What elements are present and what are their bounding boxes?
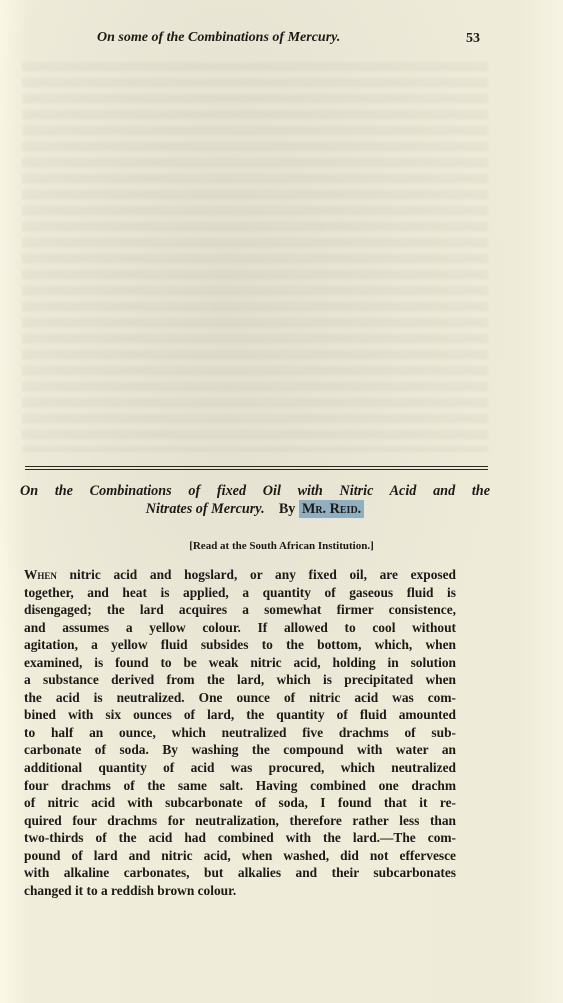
- body-line: bined with six ounces of lard, the quant…: [24, 706, 456, 724]
- body-line: together, and heat is applied, a quantit…: [24, 584, 456, 602]
- body-line: When nitric acid and hogslard, or any fi…: [24, 566, 456, 584]
- body-line: two-thirds of the acid had combined with…: [24, 829, 456, 847]
- page-number: 53: [466, 31, 480, 47]
- body-line: a substance derived from the lard, which…: [24, 671, 456, 689]
- double-rule-top: [25, 466, 488, 467]
- body-line: pound of lard and nitric acid, when wash…: [24, 847, 456, 865]
- byline-by: By: [279, 501, 296, 517]
- body-line: of nitric acid with subcarbonate of soda…: [24, 794, 456, 812]
- body-line: agitation, a yellow fluid subsides to th…: [24, 636, 456, 654]
- scanned-page: On some of the Combinations of Mercury. …: [0, 0, 563, 1003]
- double-rule-bottom: [25, 469, 488, 470]
- author-name-highlighted[interactable]: Mr. Reid.: [299, 500, 364, 518]
- body-paragraph: When nitric acid and hogslard, or any fi…: [24, 566, 456, 899]
- read-at-note: [Read at the South African Institution.]: [0, 540, 563, 552]
- body-line: and assumes a yellow colour. If allowed …: [24, 619, 456, 637]
- show-through-text: [22, 62, 488, 452]
- body-line: carbonate of soda. By washing the compou…: [24, 741, 456, 759]
- body-line: examined, is found to be weak nitric aci…: [24, 654, 456, 672]
- body-line: four drachms of the same salt. Having co…: [24, 777, 456, 795]
- body-line: changed it to a reddish brown colour.: [24, 882, 456, 900]
- body-line: with alkaline carbonates, but alkalies a…: [24, 864, 456, 882]
- drop-word: When: [24, 567, 57, 582]
- running-head: On some of the Combinations of Mercury.: [97, 30, 487, 46]
- article-title-nitrates: Nitrates of Mercury.: [146, 501, 265, 517]
- article-title: On the Combinations of fixed Oil with Ni…: [20, 482, 490, 518]
- body-line: the acid is neutralized. One ounce of ni…: [24, 689, 456, 707]
- body-line: quired four drachms for neutralization, …: [24, 812, 456, 830]
- body-line: additional quantity of acid was procured…: [24, 759, 456, 777]
- article-title-line1: On the Combinations of fixed Oil with Ni…: [20, 482, 490, 500]
- body-line: to half an ounce, which neutralized five…: [24, 724, 456, 742]
- body-line: disengaged; the lard acquires a somewhat…: [24, 601, 456, 619]
- article-title-line2: Nitrates of Mercury. By Mr. Reid.: [146, 500, 364, 518]
- body-line-text: nitric acid and hogslard, or any fixed o…: [57, 567, 456, 582]
